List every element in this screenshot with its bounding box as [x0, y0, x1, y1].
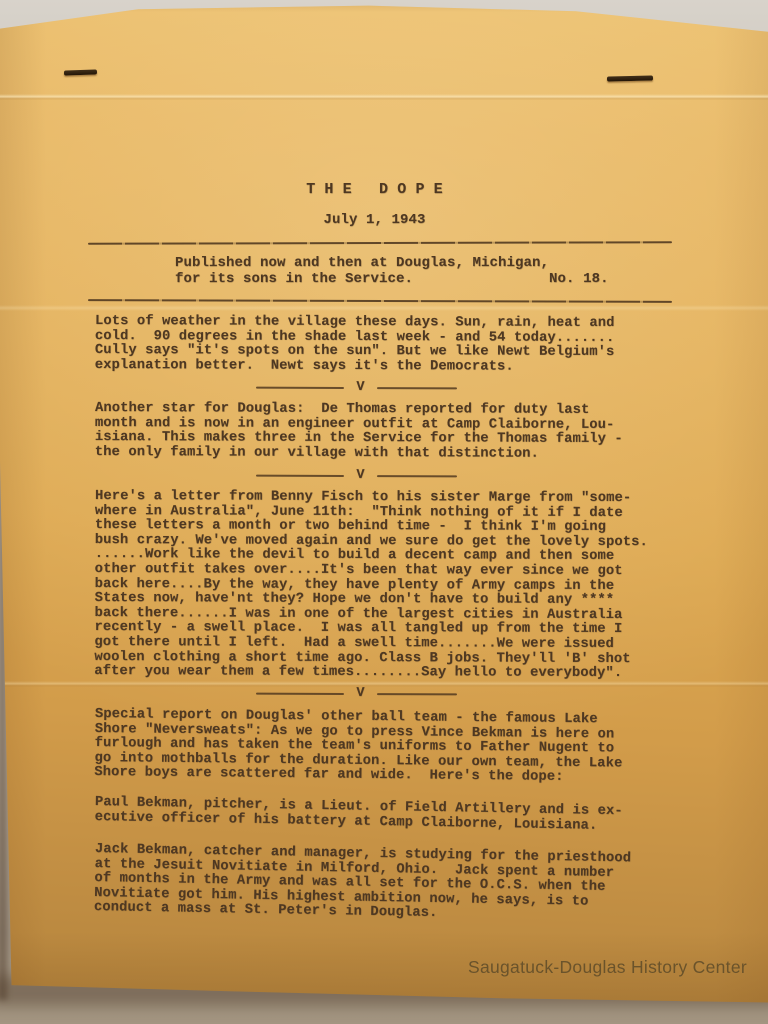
article-de-thomas: Another star for Douglas: De Thomas repo… [95, 402, 670, 463]
typewritten-content: T H E D O P E July 1, 1943 Published now… [0, 0, 768, 1024]
v-divider-label: V [356, 468, 364, 483]
newsletter-page: T H E D O P E July 1, 1943 Published now… [0, 0, 768, 1024]
watermark: Saugatuck-Douglas History Center [468, 957, 747, 978]
v-section-divider: V [69, 379, 644, 396]
article-weather: Lots of weather in the village these day… [95, 315, 670, 376]
divider-rule [88, 241, 672, 245]
article-benny-fisch-letter: Here's a letter from Benny Fisch to his … [94, 490, 670, 682]
article-neversweats: Special report on Douglas' other ball te… [94, 708, 670, 787]
photo-background: T H E D O P E July 1, 1943 Published now… [0, 0, 768, 1024]
v-divider-label: V [356, 686, 364, 701]
v-divider-label: V [356, 380, 364, 395]
article-jack-bekman: Jack Bekman, catcher and manager, is stu… [94, 843, 670, 926]
divider-rule [88, 299, 672, 303]
publisher-note: Published now and then at Douglas, Michi… [95, 256, 670, 287]
v-section-divider: V [69, 685, 644, 702]
article-paul-bekman: Paul Bekman, pitcher, is a Lieut. of Fie… [94, 796, 669, 835]
newsletter-title: T H E D O P E [87, 181, 662, 199]
newsletter-date: July 1, 1943 [87, 212, 662, 228]
v-section-divider: V [69, 467, 644, 484]
